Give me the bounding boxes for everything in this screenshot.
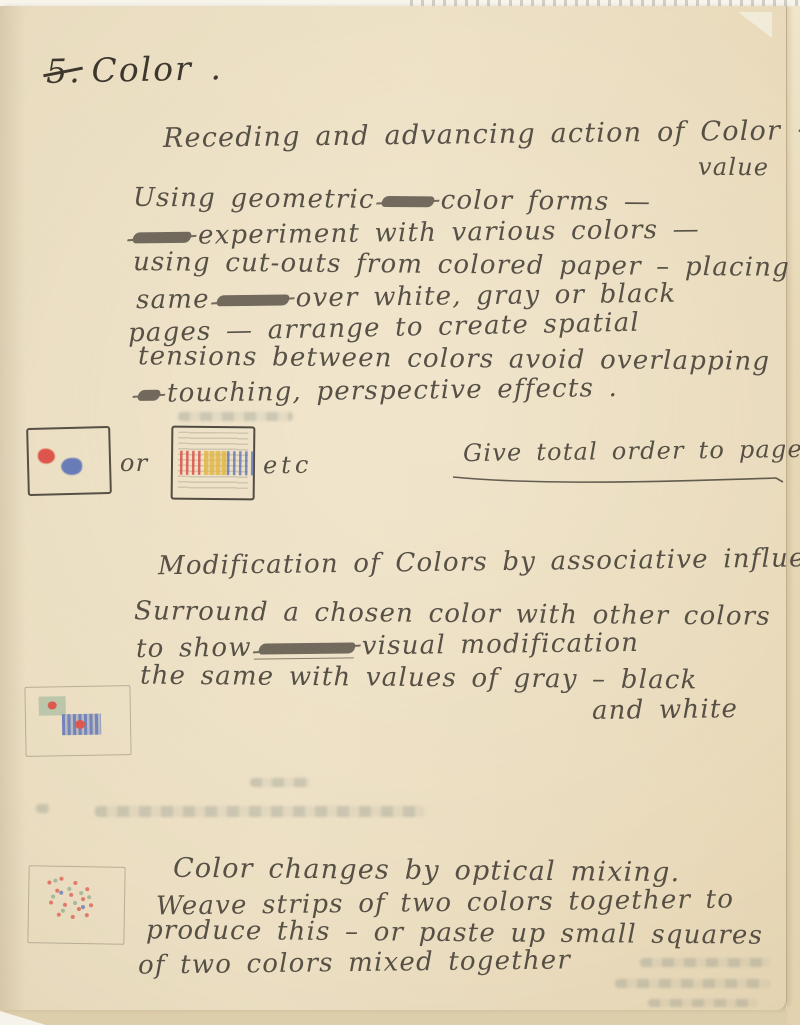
blue-stripes (227, 451, 256, 475)
crossed-out-word (380, 196, 436, 207)
note-line: using cut-outs from colored paper – plac… (133, 248, 790, 282)
section-number-struck: 5. (46, 53, 82, 90)
sketch-surround-color-square (24, 685, 131, 757)
sketch-color-blobs-square (26, 426, 112, 496)
note-line: the same with values of gray – black (140, 662, 698, 695)
adjacent-page-edge (786, 6, 800, 1025)
note-line: and white (592, 695, 738, 725)
green-swatch (39, 696, 66, 715)
yellow-stripes (204, 451, 227, 475)
crossed-out-word (215, 294, 290, 306)
note-line: tensions between colors avoid overlappin… (138, 342, 770, 376)
bleed-through-mark (648, 999, 758, 1007)
torn-corner (738, 12, 772, 38)
note-line: Using geometriccolor forms — (133, 184, 651, 217)
note-line: touching, perspective effects . (138, 374, 618, 408)
text: Using geometric (133, 183, 375, 215)
title-text: Color . (91, 48, 223, 90)
note-line: experiment with various colors — (133, 216, 700, 252)
subtitle-line: Receding and advancing action of Color + (163, 116, 800, 154)
note-line: produce this – or paste up small squares (146, 916, 763, 950)
text: color forms — (441, 185, 652, 217)
underlying-page-edge (0, 1010, 787, 1025)
mixing-dots (47, 880, 51, 884)
note-line: to showvisual modification (136, 629, 639, 664)
bleed-through-mark (640, 958, 770, 967)
text: experiment with various colors — (198, 215, 700, 251)
page-title: 5.Color . (46, 50, 224, 90)
bleed-through-mark (178, 412, 293, 421)
red-dot (75, 720, 85, 729)
crossed-out-word (257, 642, 356, 654)
annotation-give-order: Give total order to page (463, 436, 800, 467)
subtitle-value-word: value (698, 154, 769, 181)
text: same (136, 284, 210, 315)
text: to show (136, 633, 252, 664)
sketch-optical-mixing-square (27, 865, 125, 945)
red-blob (38, 448, 55, 463)
bleed-through-mark (95, 806, 425, 817)
note-line: of two colors mixed together (138, 946, 571, 980)
text: touching, perspective effects . (167, 373, 618, 409)
red-dot (48, 701, 57, 709)
color-stripe-band (180, 451, 256, 476)
blue-swatch (62, 714, 101, 736)
bleed-through-mark (615, 979, 770, 988)
or-label: or (120, 450, 149, 477)
bleed-through-mark (250, 778, 310, 787)
red-stripes (180, 451, 204, 475)
notebook-page: 5.Color . Receding and advancing action … (0, 6, 787, 1010)
note-line: Surround a chosen color with other color… (134, 597, 771, 631)
etc-label: etc (263, 452, 313, 479)
crossed-out-word (131, 232, 192, 244)
page-left-shadow (0, 6, 26, 1010)
annotation-underline (450, 470, 786, 488)
blue-blob (61, 458, 82, 476)
sketch-striped-square (171, 426, 256, 501)
section2-heading: Modification of Colors by associative in… (158, 544, 800, 581)
crossed-out-word (136, 390, 161, 401)
bleed-through-mark (36, 804, 50, 813)
text: visual modification (362, 628, 640, 661)
section3-heading: Color changes by optical mixing. (173, 854, 681, 888)
